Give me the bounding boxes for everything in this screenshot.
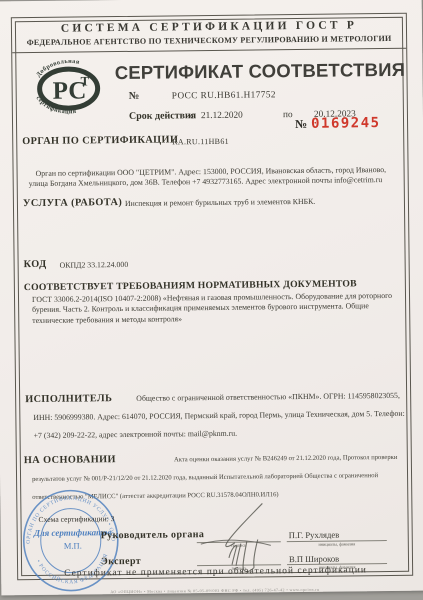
code-label: КОД [24,259,47,270]
printer-imprint: АО «ОПЦИОН» • Москва • лицензия № 05-05-… [91,587,338,595]
service-label: УСЛУГА (РАБОТА) [23,197,122,209]
form-number: 0169245 [311,115,381,132]
stamp-mp-text: М.П. [25,540,121,551]
rst-voluntary-certification-mark-icon: РС Т Добровольная сертификация [21,56,116,121]
compliance-text: ГОСТ 33006.2-2014(ISO 10407-2:2008) «Неф… [32,291,409,326]
certification-body-label: ОРГАН ПО СЕРТИФИКАЦИИ [22,134,178,147]
basis-label: НА ОСНОВАНИИ [24,454,116,466]
executor-paragraph: ИСПОЛНИТЕЛЬОбщество с ограниченной ответ… [25,385,407,443]
reg-no-sign: № [129,91,140,102]
accreditation-number: RA.RU.11НВ61 [172,137,229,147]
certification-body-details: Орган по сертификации ООО "ЦЕТРИМ". Адре… [29,165,406,190]
document-title: СЕРТИФИКАТ СООТВЕТСТВИЯ [113,59,406,84]
code-value: ОКПД2 33.12.24.000 [60,260,129,271]
logo-monogram-t: Т [80,73,89,88]
registration-number: РОСС RU.НВ61.Н17752 [172,90,276,101]
expert-label: Эксперт [101,556,141,567]
head-of-body-label: Руководитель органа [101,529,205,541]
validity-to-word: по [283,110,293,120]
validity-from-word: с [190,111,194,121]
certificate-page: СИСТЕМА СЕРТИФИКАЦИИ ГОСТ Р ФЕДЕРАЛЬНОЕ … [0,0,423,595]
form-no-sign: № [295,117,307,132]
executor-label: ИСПОЛНИТЕЛЬ [25,393,112,405]
validity-label: Срок действия [129,110,196,122]
certification-scheme: Схема сертификации: 3 [38,514,114,524]
validity-date-from: 21.12.2020 [201,111,243,121]
certificate-scan: { "header": { "system": "СИСТЕМА СЕРТИФИ… [0,0,423,600]
